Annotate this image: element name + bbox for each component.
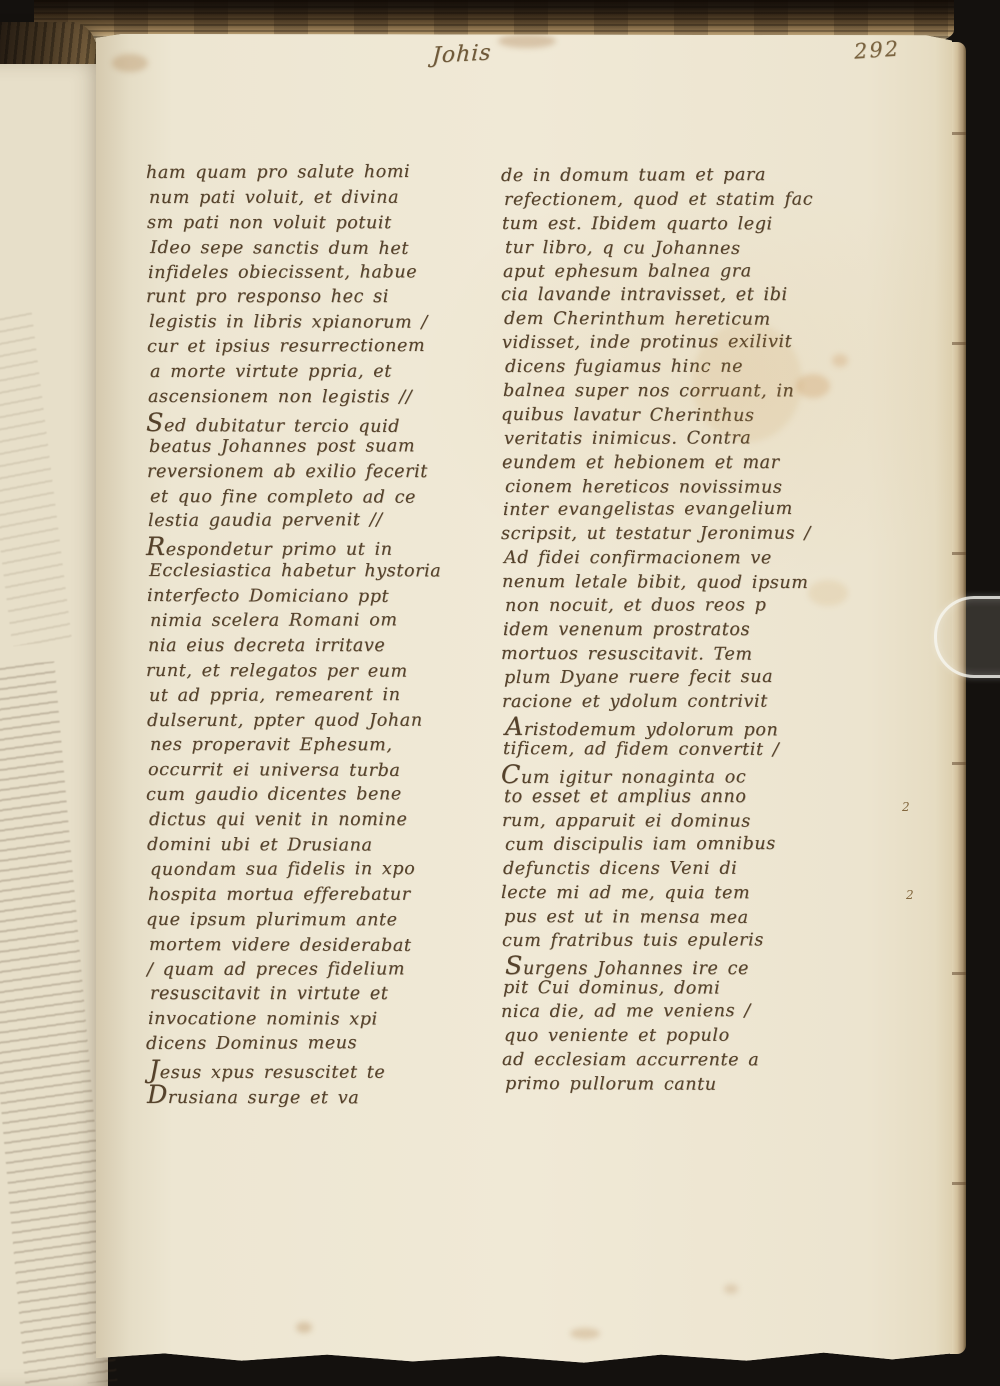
text-column-left: ham quam pro salute hominum pati voluit,…: [146, 161, 482, 1107]
text-column-right: de in domum tuam et pararefectionem, quo…: [501, 165, 853, 1097]
text-line: idem venenum prostratos: [503, 619, 853, 643]
text-line: nimia scelera Romani om: [150, 608, 482, 634]
text-line: reversionem ab exilio fecerit: [147, 460, 482, 485]
text-line: num pati voluit, et divina: [149, 185, 482, 210]
text-line: rum, apparuit ei dominus: [502, 810, 853, 835]
text-line: plum Dyane ruere fecit sua: [504, 665, 853, 690]
facing-page-edge: [0, 64, 108, 1386]
parchment-stain: [832, 354, 848, 367]
text-line: cur et ipsius resurrectionem: [147, 334, 482, 360]
text-line: mortem videre desiderabat: [149, 933, 482, 959]
text-line: inter evangelistas evangelium: [503, 498, 853, 523]
parchment-stain: [796, 374, 830, 398]
photo-backdrop: Johis 292 ham quam pro salute hominum pa…: [0, 0, 1000, 1386]
text-line: Respondetur primo ut in: [146, 534, 482, 559]
text-line: cum discipulis iam omnibus: [505, 833, 853, 858]
text-line: veritatis inimicus. Contra: [504, 427, 853, 452]
text-line: a morte virtute ppria, et: [150, 360, 482, 385]
text-line: non nocuit, et duos reos p: [505, 594, 853, 619]
text-line: domini ubi et Drusiana: [147, 833, 482, 859]
text-line: cia lavande intravisset, et ibi: [501, 284, 853, 308]
text-line: dictus qui venit in nomine: [149, 808, 482, 833]
text-line: racione et ydolum contrivit: [502, 690, 853, 714]
text-line: runt pro responso hec si: [146, 285, 482, 310]
text-line: quibus lavatur Cherinthus: [501, 404, 853, 429]
folio-number: 292: [853, 36, 901, 63]
text-line: vidisset, inde protinus exilivit: [502, 331, 853, 356]
text-line: quondam sua fidelis in xpo: [150, 857, 482, 883]
text-line: hospita mortua efferebatur: [148, 882, 482, 907]
text-line: scripsit, ut testatur Jeronimus /: [501, 523, 853, 547]
text-line: Drusiana surge et va: [147, 1082, 482, 1107]
text-line: Ecclesiastica habetur hystoria: [149, 559, 482, 584]
text-line: refectionem, quod et statim fac: [504, 188, 853, 212]
text-line: Ad fidei confirmacionem ve: [504, 547, 853, 571]
text-line: dulserunt, ppter quod Johan: [147, 708, 482, 733]
text-line: ham quam pro salute homi: [146, 160, 482, 186]
marginal-mark: 2: [902, 800, 910, 814]
text-line: que ipsum plurimum ante: [146, 908, 482, 933]
text-line: Ideo sepe sanctis dum het: [150, 236, 482, 262]
text-line: ascensionem non legistis //: [148, 385, 482, 410]
text-line: mortuos resuscitavit. Tem: [501, 643, 853, 668]
text-line: nia eius decreta irritave: [148, 634, 482, 659]
facing-page-text-bleed: [0, 312, 72, 647]
manuscript-page: Johis 292 ham quam pro salute hominum pa…: [96, 34, 952, 1368]
text-line: eundem et hebionem et mar: [502, 452, 853, 476]
parchment-stain: [808, 580, 848, 606]
text-line: occurrit ei universa turba: [148, 758, 482, 784]
text-line: legistis in libris xpianorum /: [149, 310, 482, 336]
page-fore-edge: [950, 42, 966, 1354]
marginal-mark: 2: [906, 888, 914, 902]
text-line: invocatione nominis xpi: [148, 1007, 482, 1033]
running-title: Johis: [431, 40, 492, 68]
text-line: Aristodemum ydolorum pon: [505, 714, 853, 738]
text-line: pit Cui dominus, domi: [503, 977, 853, 1002]
text-line: nes properavit Ephesum,: [150, 733, 482, 758]
text-line: tum est. Ibidem quarto legi: [502, 213, 853, 237]
text-line: ad ecclesiam accurrente a: [502, 1049, 853, 1073]
text-line: dem Cherinthum hereticum: [504, 308, 853, 333]
text-line: ut ad ppria, remearent in: [149, 682, 482, 708]
text-line: Cum igitur nonaginta oc: [501, 761, 853, 786]
text-line: Surgens Johannes ire ce: [505, 953, 853, 977]
text-line: defunctis dicens Veni di: [503, 857, 853, 881]
text-line: runt, et relegatos per eum: [146, 659, 482, 685]
text-line: cionem hereticos novissimus: [505, 476, 853, 501]
text-line: et quo fine completo ad ce: [150, 485, 482, 511]
text-line: Sed dubitatur tercio quid: [146, 410, 482, 436]
text-line: tificem, ad fidem convertit /: [503, 738, 853, 763]
parchment-stain: [724, 1284, 738, 1294]
text-line: sm pati non voluit potuit: [147, 211, 482, 236]
text-line: lecte mi ad me, quia tem: [501, 882, 853, 906]
parchment-stain: [296, 1322, 312, 1333]
parchment-stain: [112, 54, 148, 72]
text-line: nica die, ad me veniens /: [501, 1000, 853, 1025]
text-line: pus est ut in mensa mea: [504, 906, 853, 931]
text-line: infideles obiecissent, habue: [148, 260, 482, 286]
text-line: interfecto Domiciano ppt: [147, 584, 482, 610]
text-line: beatus Johannes post suam: [149, 434, 482, 460]
parchment-stain: [498, 34, 556, 48]
text-line: aput ephesum balnea gra: [503, 260, 853, 285]
text-line: tur libro, q cu Johannes: [505, 237, 853, 262]
text-line: to esset et amplius anno: [504, 786, 853, 810]
text-line: resuscitavit in virtute et: [150, 982, 482, 1007]
text-line: de in domum tuam et para: [501, 164, 853, 189]
text-line: dicens Dominus meus: [146, 1031, 482, 1057]
text-line: cum fratribus tuis epuleris: [502, 929, 853, 954]
text-line: Jesus xpus resuscitet te: [149, 1057, 482, 1082]
text-line: primo pullorum cantu: [505, 1073, 853, 1098]
text-line: cum gaudio dicentes bene: [146, 782, 482, 808]
parchment-stain: [692, 322, 802, 442]
parchment-stain: [570, 1328, 600, 1339]
text-line: nenum letale bibit, quod ipsum: [502, 571, 853, 596]
text-line: lestia gaudia pervenit //: [148, 508, 482, 534]
text-line: / quam ad preces fidelium: [147, 957, 482, 983]
text-line: quo veniente et populo: [504, 1025, 853, 1049]
